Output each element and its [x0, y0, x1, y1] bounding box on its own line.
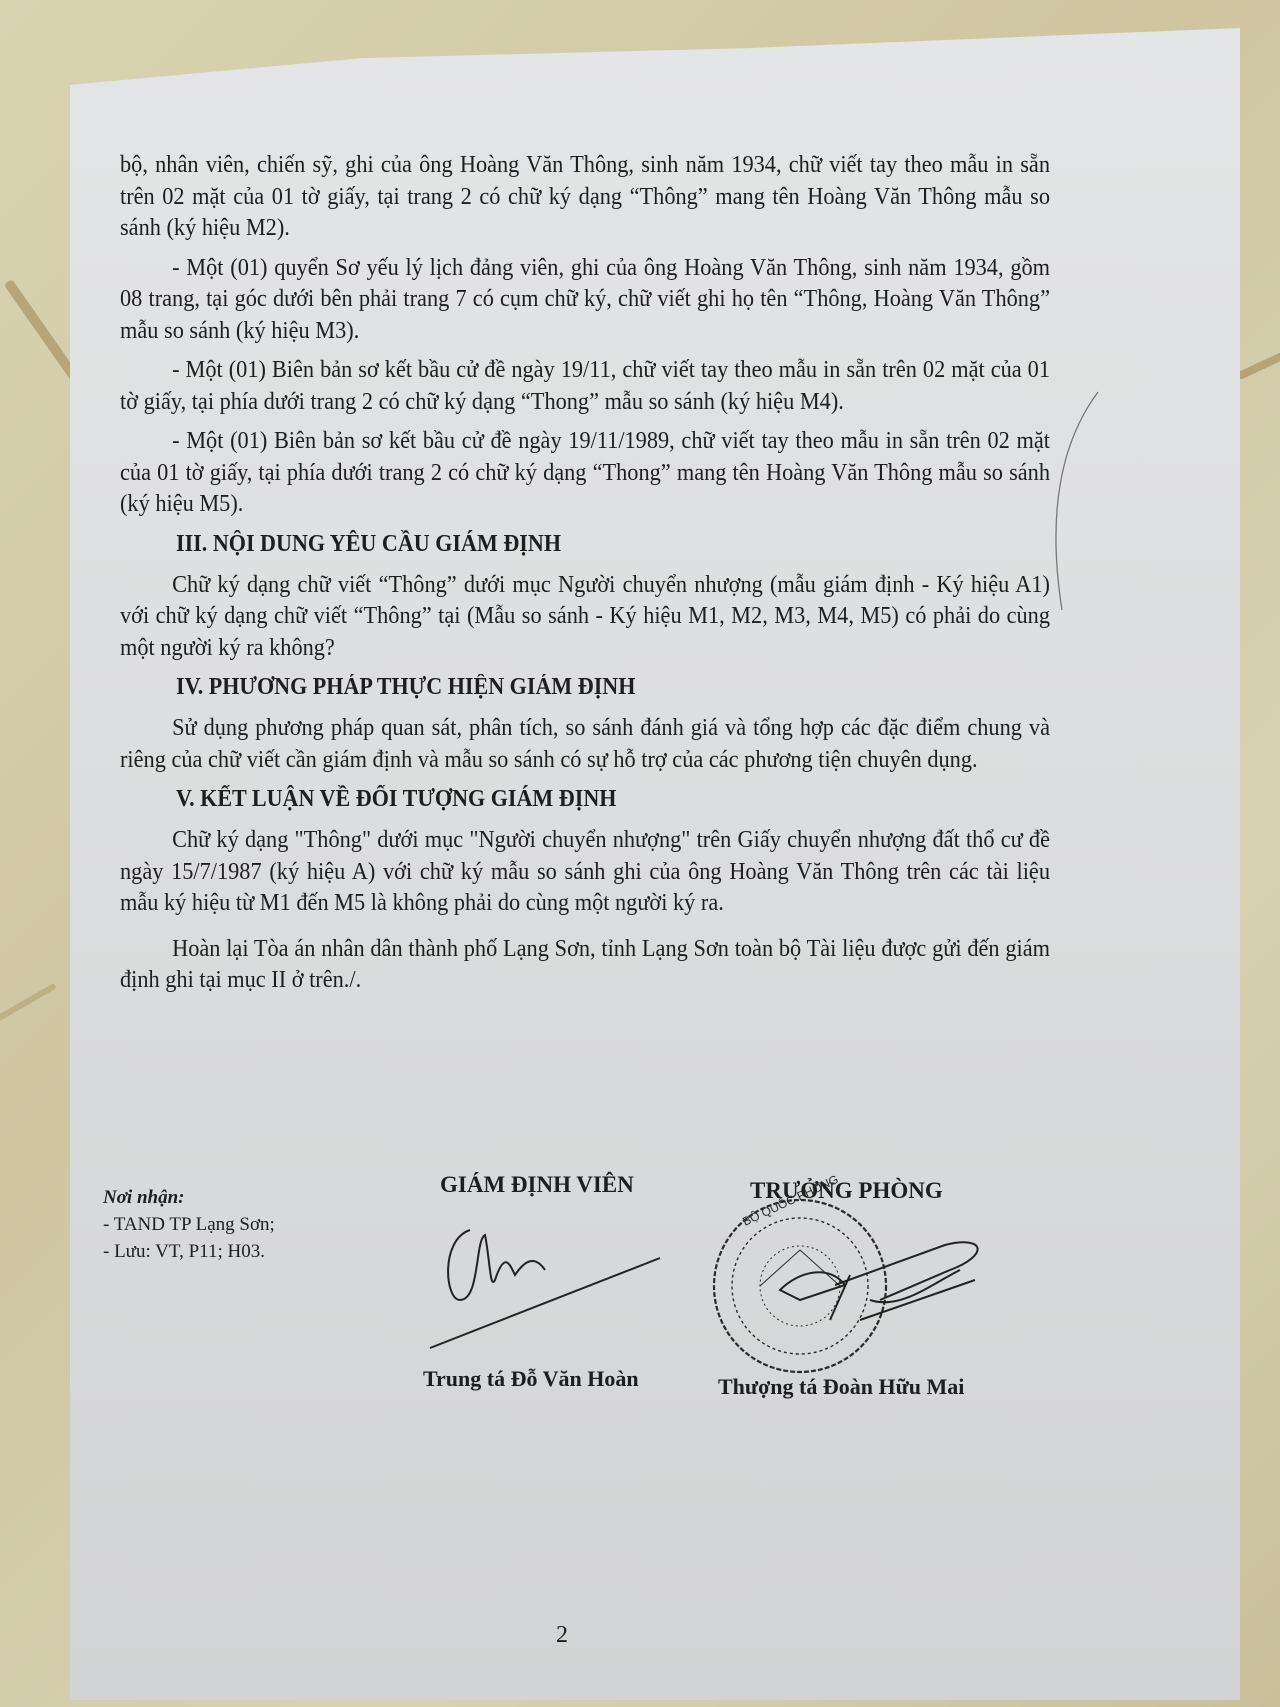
page-number: 2	[556, 1622, 568, 1649]
official-stamp-icon	[714, 1200, 886, 1372]
examiner-signature-icon	[430, 1230, 660, 1348]
ink-overlay: BỘ QUỐC PHÒNG	[0, 0, 1280, 1707]
pencil-mark-icon	[1056, 392, 1098, 610]
stamp-text: BỘ QUỐC PHÒNG	[740, 1171, 841, 1229]
